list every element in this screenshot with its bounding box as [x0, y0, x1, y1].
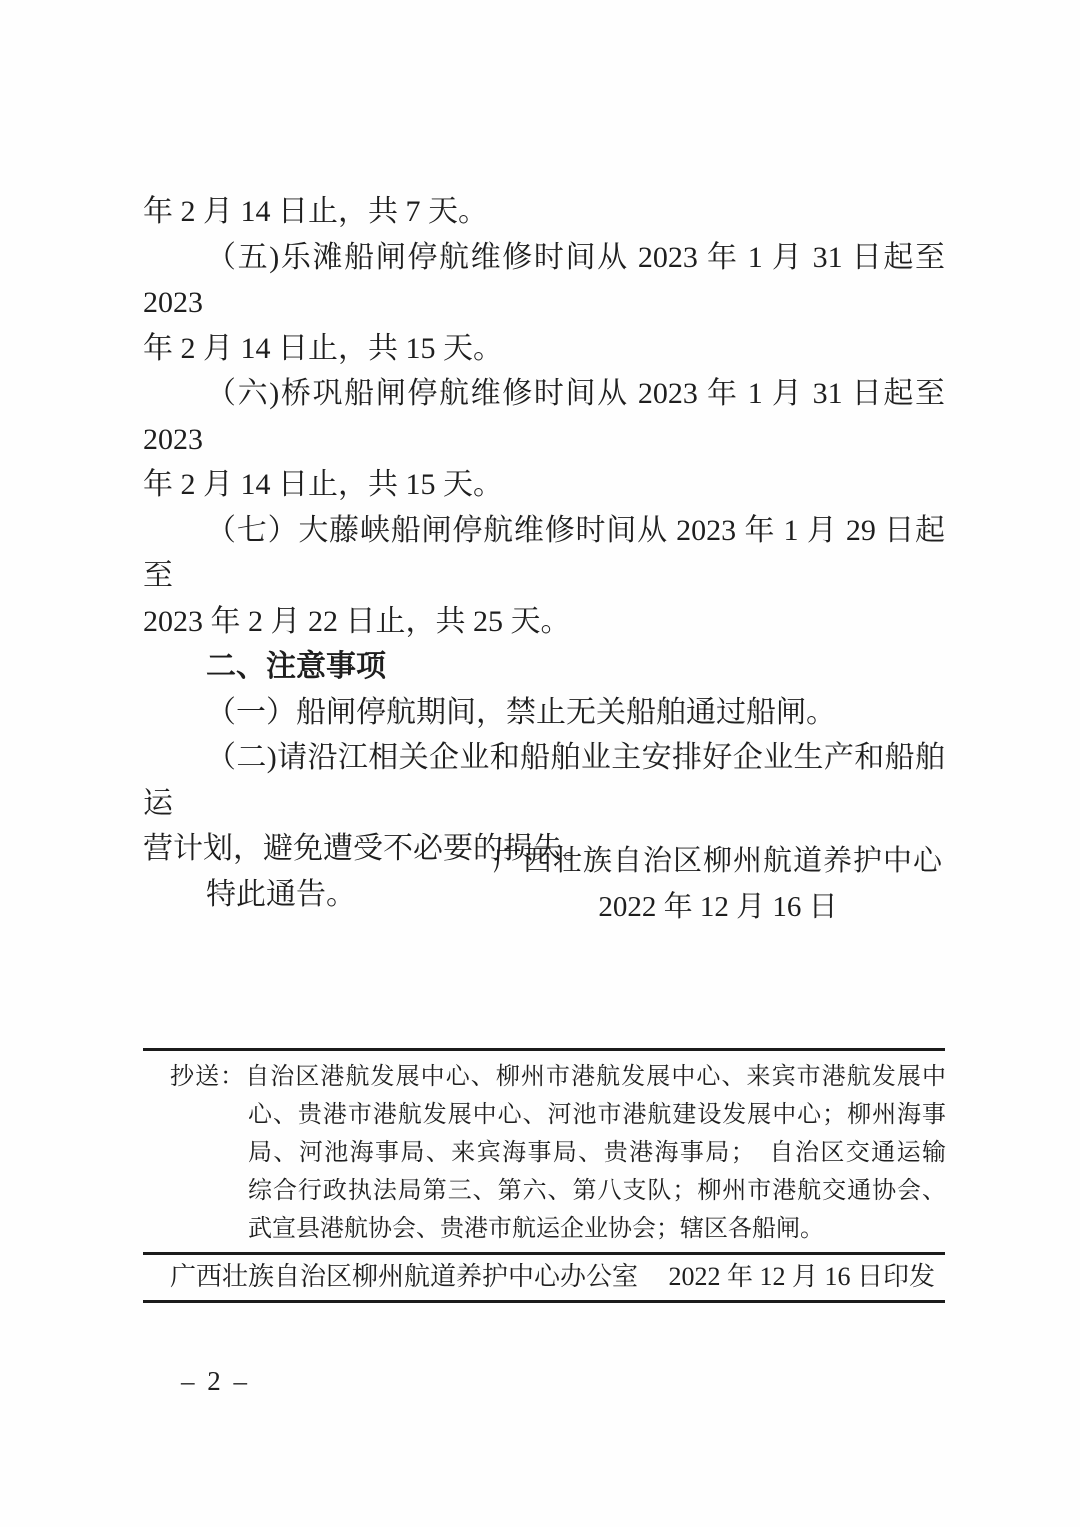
cc-label: 抄送： [170, 1064, 245, 1090]
page-number: – 2 – [181, 1366, 250, 1397]
cc-line-text: 自治区港航发展中心、柳州市港航发展中心、来宾市港航发展中 [245, 1064, 946, 1090]
body-line-note-2: （二)请沿江相关企业和船舶业主安排好企业生产和船舶运 [143, 735, 945, 826]
document-page: 年 2 月 14 日止，共 7 天。 （五)乐滩船闸停航维修时间从 2023 年… [0, 0, 1080, 1527]
cc-divider-top [143, 1048, 945, 1051]
footer-divider-top [143, 1252, 945, 1255]
signature-date: 2022 年 12 月 16 日 [493, 885, 943, 931]
issuance-footer: 广西壮族自治区柳州航道养护中心办公室 2022 年 12 月 16 日印发 [170, 1260, 945, 1294]
print-date: 2022 年 12 月 16 日印发 [668, 1260, 935, 1294]
cc-line: 武宣县港航协会、贵港市航运企业协会；辖区各船闸。 [248, 1210, 946, 1248]
body-line: 年 2 月 14 日止，共 15 天。 [143, 462, 945, 508]
cc-block: 抄送：自治区港航发展中心、柳州市港航发展中心、来宾市港航发展中 心、贵港市港航发… [170, 1058, 946, 1248]
body-line-item-6: （六)桥巩船闸停航维修时间从 2023 年 1 月 31 日起至 2023 [143, 371, 945, 462]
cc-line: 局、河池海事局、来宾海事局、贵港海事局； 自治区交通运输 [248, 1134, 946, 1172]
cc-line: 心、贵港市港航发展中心、河池市港航建设发展中心；柳州海事 [248, 1096, 946, 1134]
signature-block: 广西壮族自治区柳州航道养护中心 2022 年 12 月 16 日 [493, 839, 943, 930]
body-line: 年 2 月 14 日止，共 15 天。 [143, 326, 945, 372]
signer-org-name: 广西壮族自治区柳州航道养护中心 [493, 839, 943, 885]
body-line-item-7: （七）大藤峡船闸停航维修时间从 2023 年 1 月 29 日起至 [143, 508, 945, 599]
cc-line: 抄送：自治区港航发展中心、柳州市港航发展中心、来宾市港航发展中 [170, 1058, 946, 1096]
body-line: 年 2 月 14 日止，共 7 天。 [143, 189, 945, 235]
notice-body: 年 2 月 14 日止，共 7 天。 （五)乐滩船闸停航维修时间从 2023 年… [143, 189, 945, 917]
section-heading-notes: 二、注意事项 [143, 644, 945, 690]
footer-divider-bottom [143, 1300, 945, 1303]
body-line-note-1: （一）船闸停航期间，禁止无关船舶通过船闸。 [143, 690, 945, 736]
body-line-item-5: （五)乐滩船闸停航维修时间从 2023 年 1 月 31 日起至 2023 [143, 235, 945, 326]
cc-line: 综合行政执法局第三、第六、第八支队；柳州市港航交通协会、 [248, 1172, 946, 1210]
issuing-office: 广西壮族自治区柳州航道养护中心办公室 [170, 1260, 638, 1294]
body-line: 2023 年 2 月 22 日止，共 25 天。 [143, 599, 945, 645]
